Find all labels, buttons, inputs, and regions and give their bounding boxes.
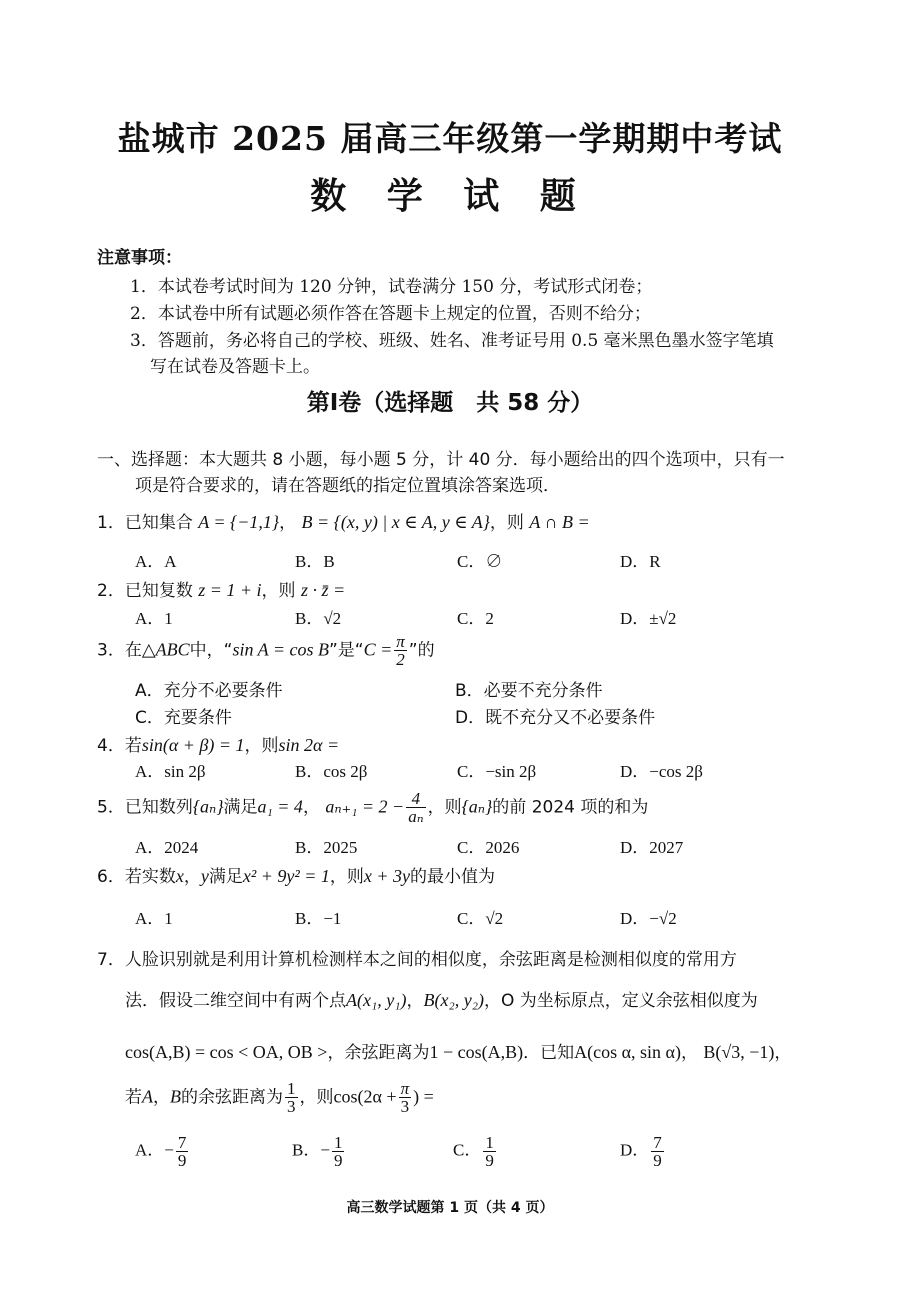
option-a: A．1 xyxy=(135,904,173,929)
option-c: C．2026 xyxy=(457,833,519,858)
stem-text: 若 xyxy=(125,1088,142,1108)
option-label: A． xyxy=(135,1140,164,1159)
math-expr: cos(2α + xyxy=(334,1087,397,1107)
math-expr: y xyxy=(201,866,209,886)
stem-text: 若实数 xyxy=(125,867,176,887)
math-expr: sin A = cos B xyxy=(232,640,329,660)
math-expr: sin 2α = xyxy=(279,735,340,755)
math-expr: {aₙ} xyxy=(462,797,493,817)
fraction-numerator: 7 xyxy=(651,1134,664,1152)
stem-text: 的余弦距离为 xyxy=(181,1088,283,1108)
fraction: 4aₙ xyxy=(406,790,425,825)
question-number: 6． xyxy=(97,867,125,887)
fraction-denominator: 9 xyxy=(651,1152,664,1169)
stem-text: ”的 xyxy=(409,641,435,661)
option-d: D．2027 xyxy=(620,833,683,858)
fraction: π3 xyxy=(399,1080,412,1115)
question-number: 5． xyxy=(97,798,125,818)
math-expr: x + 3y xyxy=(364,866,410,886)
math-expr: a₁ = 4 xyxy=(258,797,303,817)
math-expr: 1 − cos(A,B) xyxy=(429,1042,523,1062)
stem-text: ，则 xyxy=(245,736,279,756)
fraction-numerator: π xyxy=(394,633,407,651)
fraction: 79 xyxy=(651,1134,664,1169)
fraction: 79 xyxy=(176,1134,189,1169)
stem-text: 的前 2024 项的和为 xyxy=(492,798,648,818)
question-number: 7． xyxy=(97,950,125,970)
math-expr: A = {−1,1} xyxy=(198,512,279,532)
option-b: B．必要不充分条件 xyxy=(455,676,603,701)
option-a: A．A xyxy=(135,547,177,572)
math-expr: x xyxy=(176,866,184,886)
question-number: 1． xyxy=(97,513,125,533)
fraction: 19 xyxy=(483,1134,496,1169)
option-a: A．−79 xyxy=(135,1134,190,1169)
stem-text: 已知复数 xyxy=(125,581,193,601)
fraction-denominator: 2 xyxy=(394,651,407,668)
option-b: B．−19 xyxy=(292,1134,346,1169)
stem-text: 在 xyxy=(125,641,142,661)
stem-text: ，O 为坐标原点，定义余弦相似度为 xyxy=(484,991,758,1011)
stem-text: 满足 xyxy=(224,798,258,818)
math-expr: B(x₂, y₂) xyxy=(423,990,483,1010)
stem-text: 的最小值为 xyxy=(410,867,495,887)
stem-text: ．已知 xyxy=(523,1043,574,1063)
option-sign: − xyxy=(164,1140,174,1159)
option-b: B．−1 xyxy=(295,904,341,929)
option-label: B． xyxy=(292,1140,320,1159)
math-expr: x² + 9y² = 1 xyxy=(243,866,330,886)
option-d: D．79 xyxy=(620,1134,666,1169)
option-c: C．充要条件 xyxy=(135,703,232,728)
option-d: D．±√2 xyxy=(620,604,676,629)
math-expr: {aₙ} xyxy=(193,797,224,817)
option-d: D．−√2 xyxy=(620,904,677,929)
stem-text: 已知数列 xyxy=(125,798,193,818)
option-c: C．∅ xyxy=(457,547,502,572)
math-expr: cos(A,B) = cos < OA, OB > xyxy=(125,1042,327,1062)
stem-text: ，则 xyxy=(428,798,462,818)
question-7-line3: cos(A,B) = cos < OA, OB >，余弦距离为1 − cos(A… xyxy=(125,1038,791,1063)
option-a: A．2024 xyxy=(135,833,198,858)
part-intro-line2: 项是符合要求的，请在答题纸的指定位置填涂答案选项． xyxy=(135,471,560,496)
stem-text: ，则 xyxy=(262,581,296,601)
question-2: 2．已知复数 z = 1 + i，则 z · z̄ = xyxy=(97,576,345,601)
math-expr: △ABC xyxy=(142,640,190,660)
option-a: A．sin 2β xyxy=(135,757,206,782)
option-label: D． xyxy=(620,1140,649,1159)
note-item-3: 3．答题前，务必将自己的学校、班级、姓名、准考证号用 0.5 毫米黑色墨水签字笔… xyxy=(130,326,774,351)
section-title: 第Ⅰ卷（选择题 共 58 分） xyxy=(0,384,900,417)
math-expr: A ∩ B = xyxy=(529,512,589,532)
question-number: 4． xyxy=(97,736,125,756)
math-expr: B(√3, −1) xyxy=(703,1042,774,1062)
stem-text: 满足 xyxy=(209,867,243,887)
stem-text: 若 xyxy=(125,736,142,756)
stem-text: ，余弦距离为 xyxy=(327,1043,429,1063)
notes-heading: 注意事项： xyxy=(97,243,182,268)
part-intro-line1: 一、选择题：本大题共 8 小题，每小题 5 分，计 40 分．每小题给出的四个选… xyxy=(97,445,785,470)
question-4: 4．若sin(α + β) = 1，则sin 2α = xyxy=(97,731,339,756)
fraction: π2 xyxy=(394,633,407,668)
subject-title: 数 学 试 题 xyxy=(0,168,900,219)
option-d: D．−cos 2β xyxy=(620,757,703,782)
question-7-line2: 法．假设二维空间中有两个点A(x₁, y₁)，B(x₂, y₂)，O 为坐标原点… xyxy=(125,986,758,1011)
fraction-denominator: 3 xyxy=(285,1098,298,1115)
note-item-2: 2．本试卷中所有试题必须作答在答题卡上规定的位置，否则不给分； xyxy=(130,299,651,324)
option-c: C．−sin 2β xyxy=(457,757,536,782)
math-expr: B xyxy=(170,1087,181,1107)
question-1: 1．已知集合 A = {−1,1}， B = {(x, y) | x ∈ A, … xyxy=(97,508,590,533)
math-expr: z = 1 + i xyxy=(198,580,261,600)
option-b: B．√2 xyxy=(295,604,341,629)
fraction: 19 xyxy=(332,1134,345,1169)
math-expr: A xyxy=(142,1087,153,1107)
question-3: 3．在△ABC中，“sin A = cos B”是“C =π2”的 xyxy=(97,633,435,668)
option-sign: − xyxy=(320,1140,330,1159)
math-expr: z · z̄ = xyxy=(301,580,345,600)
stem-text: ，则 xyxy=(330,867,364,887)
question-number: 2． xyxy=(97,581,125,601)
math-expr: A(cos α, sin α) xyxy=(574,1042,681,1062)
option-b: B．cos 2β xyxy=(295,757,367,782)
option-c: C．√2 xyxy=(457,904,503,929)
fraction-numerator: π xyxy=(399,1080,412,1098)
question-7-line4: 若A，B的余弦距离为13，则cos(2α +π3) = xyxy=(125,1080,434,1115)
note-item-1: 1．本试卷考试时间为 120 分钟，试卷满分 150 分，考试形式闭卷； xyxy=(130,272,652,297)
math-expr: sin(α + β) = 1 xyxy=(142,735,245,755)
fraction-denominator: 3 xyxy=(399,1098,412,1115)
fraction-numerator: 1 xyxy=(285,1080,298,1098)
fraction-numerator: 4 xyxy=(406,790,425,808)
stem-text: 已知集合 xyxy=(125,513,193,533)
fraction-numerator: 7 xyxy=(176,1134,189,1152)
math-expr: A(x₁, y₁) xyxy=(346,990,406,1010)
question-6: 6．若实数x，y满足x² + 9y² = 1，则x + 3y的最小值为 xyxy=(97,862,495,887)
stem-text: ，则 xyxy=(300,1088,334,1108)
option-d: D．既不充分又不必要条件 xyxy=(455,703,655,728)
option-c: C．19 xyxy=(453,1134,498,1169)
option-b: B．B xyxy=(295,547,335,572)
stem-text: 法．假设二维空间中有两个点 xyxy=(125,991,346,1011)
option-a: A．1 xyxy=(135,604,173,629)
fraction-denominator: aₙ xyxy=(406,808,425,825)
fraction-numerator: 1 xyxy=(483,1134,496,1152)
option-b: B．2025 xyxy=(295,833,357,858)
note-item-3-cont: 写在试卷及答题卡上。 xyxy=(150,352,320,377)
option-a: A．充分不必要条件 xyxy=(135,676,283,701)
fraction-numerator: 1 xyxy=(332,1134,345,1152)
page-footer: 高三数学试题第 1 页（共 4 页） xyxy=(0,1197,900,1217)
fraction-denominator: 9 xyxy=(332,1152,345,1169)
exam-title: 盐城市 2025 届高三年级第一学期期中考试 xyxy=(0,113,900,160)
question-5: 5．已知数列{aₙ}满足a₁ = 4， aₙ₊₁ = 2 −4aₙ，则{aₙ}的… xyxy=(97,790,648,825)
option-c: C．2 xyxy=(457,604,494,629)
question-7-line1: 7．人脸识别就是利用计算机检测样本之间的相似度，余弦距离是检测相似度的常用方 xyxy=(97,945,737,970)
math-expr: ) = xyxy=(413,1087,434,1107)
stem-text: ，则 xyxy=(490,513,524,533)
option-d: D．R xyxy=(620,547,661,572)
math-expr: C = xyxy=(364,640,393,660)
stem-text: 中，“ xyxy=(190,641,233,661)
fraction: 13 xyxy=(285,1080,298,1115)
stem-text: 人脸识别就是利用计算机检测样本之间的相似度，余弦距离是检测相似度的常用方 xyxy=(125,950,737,970)
fraction-denominator: 9 xyxy=(483,1152,496,1169)
math-expr: B = {(x, y) | x ∈ A, y ∈ A} xyxy=(302,512,490,532)
stem-text: ”是“ xyxy=(329,641,364,661)
fraction-denominator: 9 xyxy=(176,1152,189,1169)
option-label: C． xyxy=(453,1140,481,1159)
math-expr: aₙ₊₁ = 2 − xyxy=(325,797,404,817)
question-number: 3． xyxy=(97,641,125,661)
